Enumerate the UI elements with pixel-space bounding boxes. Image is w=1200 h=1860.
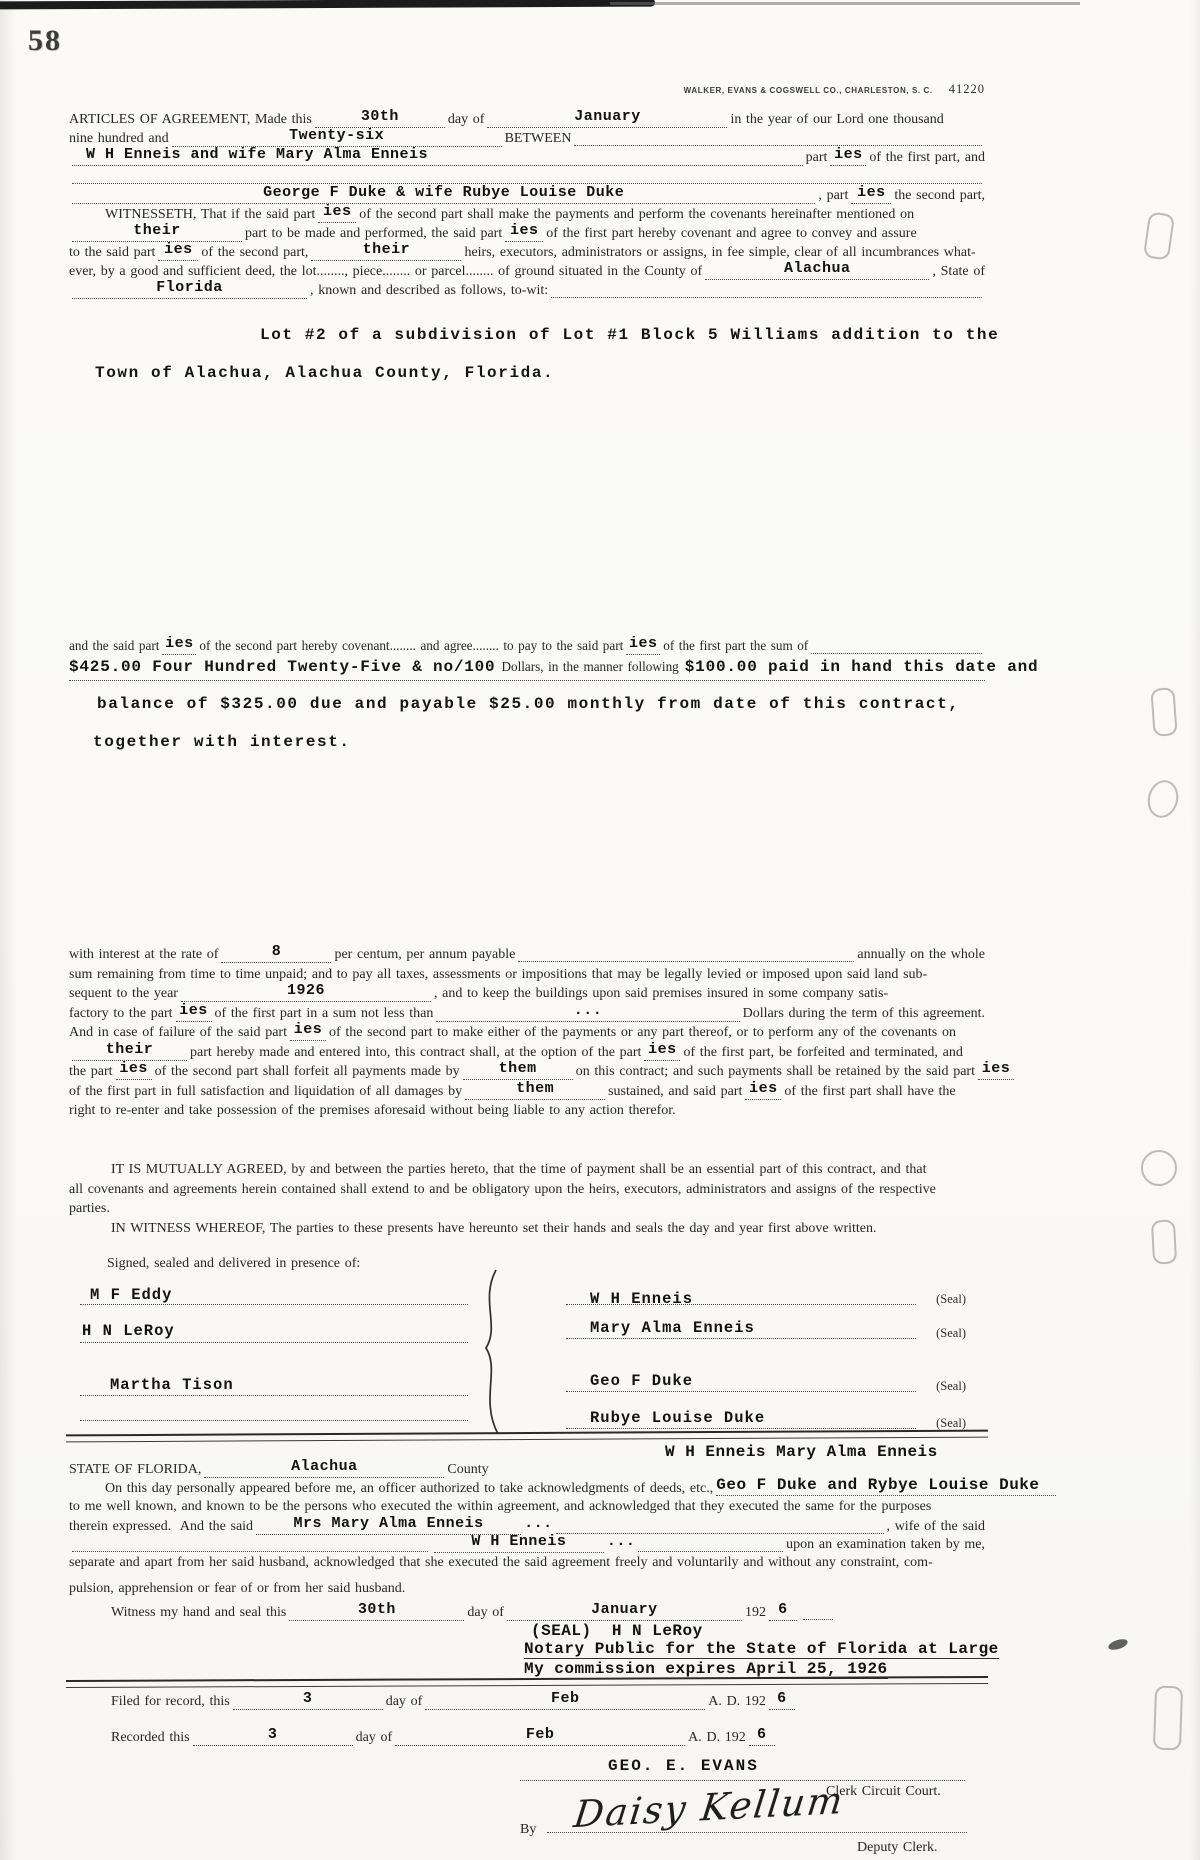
- printed-text: factory to the part: [69, 1006, 173, 1022]
- printed-text: therein expressed. And the said: [69, 1519, 253, 1535]
- printed-text: on this contract; and such payments shal…: [576, 1064, 975, 1080]
- typed-their: their: [133, 224, 181, 238]
- signer-name: Mary Alma Enneis: [590, 1319, 755, 1337]
- acknowledgment-line-5: separate and apart from her said husband…: [69, 1555, 985, 1574]
- printed-text: of the first part shall have the: [784, 1084, 955, 1100]
- typed-year-digit: 6: [778, 1603, 788, 1617]
- printed-text: And in case of failure of the said part: [69, 1025, 287, 1041]
- signed-sealed-heading: Signed, sealed and delivered in presence…: [107, 1256, 360, 1272]
- printed-text: of the first part hereby covenant and ag…: [546, 226, 916, 242]
- seal-label: (Seal): [936, 1379, 966, 1394]
- typed-dots: ...: [524, 1515, 553, 1532]
- typed-day: 3: [303, 1692, 313, 1706]
- second-party-blank: George F Duke & wife Rubye Louise Duke: [72, 188, 815, 204]
- printed-text: part hereby made and entered into, this …: [190, 1045, 641, 1061]
- typed-amount: $425.00 Four Hundred Twenty-Five & no/10…: [69, 658, 495, 676]
- page-number: 58: [28, 24, 62, 58]
- ies-blank: ies: [978, 1064, 1014, 1080]
- typed-them: them: [516, 1082, 554, 1096]
- punch-slot-mark: [1151, 1219, 1177, 1264]
- intro-line-7: their part to be made and performed, the…: [69, 226, 985, 245]
- state-blank: Florida: [72, 283, 307, 299]
- deputy-clerk-title: Deputy Clerk.: [857, 1840, 938, 1856]
- printed-text: 192: [745, 1605, 766, 1621]
- blank-rule: [803, 1605, 833, 1620]
- printed-text: day of: [356, 1730, 393, 1746]
- typed-dots: ...: [574, 1004, 603, 1018]
- month-blank: Feb: [395, 1730, 685, 1746]
- filing-block: Filed for record, this 3 day of Feb A. D…: [69, 1690, 985, 1748]
- printed-text: of the second part,: [201, 245, 308, 261]
- printer-number: 41220: [949, 82, 985, 96]
- typed-second-party: George F Duke & wife Rubye Louise Duke: [263, 186, 624, 200]
- property-description: Lot #2 of a subdivision of Lot #1 Block …: [69, 326, 985, 382]
- year-digit-blank: 6: [769, 1605, 797, 1621]
- typed-their: their: [363, 243, 411, 257]
- ies-blank: ies: [830, 150, 866, 166]
- signer-row: Mary Alma Enneis (Seal): [566, 1316, 966, 1339]
- blank-rule: [72, 1537, 428, 1552]
- typed-description-line: Town of Alachua, Alachua County, Florida…: [69, 364, 985, 382]
- their-blank: their: [311, 245, 461, 261]
- typed-wife-name: Mrs Mary Alma Enneis: [294, 1517, 484, 1531]
- typed-ies: ies: [834, 148, 863, 162]
- blank-rule: [551, 283, 982, 298]
- typed-ies: ies: [164, 243, 193, 257]
- printer-mark: WALKER, EVANS & COGSWELL CO., CHARLESTON…: [684, 86, 933, 95]
- typed-names-header: W H Enneis Mary Alma Enneis: [665, 1443, 938, 1461]
- printed-text: of the second part shall forfeit all pay…: [155, 1064, 460, 1080]
- section-divider-rule: [66, 1676, 988, 1688]
- typed-month: Feb: [526, 1728, 555, 1742]
- ies-blank: ies: [505, 226, 543, 242]
- printed-text: day of: [386, 1694, 423, 1710]
- blank-rule: [556, 1519, 884, 1534]
- signature-line: [566, 1338, 916, 1339]
- signer-name: Geo F Duke: [590, 1372, 693, 1390]
- printed-text: ever, by a good and sufficient deed, the…: [69, 264, 702, 280]
- payment-line-2: $425.00 Four Hundred Twenty-Five & no/10…: [69, 658, 985, 681]
- printed-text: heirs, executors, administrators or assi…: [464, 245, 975, 261]
- typed-notary-seal-line: (SEAL) H N LeRoy: [531, 1622, 703, 1640]
- printed-text: County: [447, 1462, 488, 1478]
- intro-line-10: Florida , known and described as follows…: [69, 283, 985, 302]
- witness-line: [80, 1342, 468, 1343]
- printed-text: of the second part hereby covenant......…: [199, 638, 623, 654]
- printed-text: Dollars, in the manner following: [495, 659, 684, 675]
- typed-ies: ies: [179, 1004, 208, 1018]
- typed-notary-title: Notary Public for the State of Florida a…: [524, 1640, 999, 1659]
- typed-balance-line: balance of $325.00 due and payable $25.0…: [69, 695, 985, 713]
- signer-row: Geo F Duke (Seal): [566, 1369, 966, 1392]
- printed-text: day of: [448, 112, 485, 128]
- typed-ies: ies: [857, 186, 886, 200]
- by-label: By: [520, 1822, 536, 1838]
- ies-blank: ies: [745, 1084, 781, 1100]
- typed-county: Alachua: [784, 262, 851, 276]
- them-blank: them: [465, 1084, 605, 1100]
- printed-text: , State of: [932, 264, 985, 280]
- typed-year: Twenty-six: [289, 129, 384, 143]
- typed-ies: ies: [294, 1023, 323, 1037]
- printed-text: of the first part in a sum not less than: [215, 1006, 434, 1022]
- printed-text: to the said part: [69, 245, 155, 261]
- ies-blank: ies: [290, 1025, 326, 1041]
- intro-line-1: ARTICLES OF AGREEMENT, Made this 30th da…: [69, 112, 985, 131]
- mutual-agreement: IT IS MUTUALLY AGREED, by and between th…: [69, 1162, 985, 1240]
- acknowledgment-line-6: pulsion, apprehension or fear of or from…: [69, 1581, 985, 1600]
- husband-name-blank: W H Enneis: [434, 1537, 604, 1553]
- typed-county: Alachua: [291, 1460, 358, 1474]
- county-blank: Alachua: [705, 264, 929, 280]
- clerk-signature-line: [520, 1766, 965, 1781]
- punch-slot-mark: [1143, 211, 1175, 260]
- acknowledgment-line-1: On this day personally appeared before m…: [69, 1481, 985, 1500]
- witness-name: Martha Tison: [110, 1376, 234, 1394]
- year-blank: Twenty-six: [172, 131, 502, 147]
- witness-seal-line: Witness my hand and seal this 30th day o…: [69, 1605, 985, 1623]
- filed-line: Filed for record, this 3 day of Feb A. D…: [69, 1694, 985, 1712]
- typed-month: January: [574, 110, 641, 124]
- printed-text: per centum, per annum payable: [334, 947, 515, 963]
- printed-text: the second part,: [894, 188, 985, 204]
- ies-blank: ies: [158, 245, 198, 261]
- typed-day: 30th: [361, 110, 399, 124]
- printed-text: with interest at the rate of: [69, 947, 218, 963]
- ies-blank: ies: [318, 207, 356, 223]
- ies-blank: ies: [176, 1006, 212, 1022]
- witness-name: M F Eddy: [90, 1286, 172, 1304]
- blank-rule: [518, 947, 854, 962]
- typed-day: 3: [268, 1728, 278, 1742]
- signer-row: W H Enneis (Seal): [566, 1282, 966, 1305]
- ring-mark: [1144, 777, 1182, 821]
- ring-mark: [1141, 1150, 1177, 1186]
- witness-whereof-line: IN WITNESS WHEREOF, The parties to these…: [69, 1221, 985, 1241]
- day-blank: 30th: [315, 112, 445, 128]
- printed-text: On this day personally appeared before m…: [69, 1481, 713, 1497]
- printed-text: A. D. 192: [708, 1694, 766, 1710]
- printed-text: , wife of the said: [887, 1519, 986, 1535]
- signature-line: [566, 1391, 916, 1392]
- typed-state: Florida: [156, 281, 223, 295]
- printed-text: of the first part, and: [869, 150, 985, 166]
- printed-text: sustained, and said part: [608, 1084, 742, 1100]
- printed-text: part to be made and performed, the said …: [245, 226, 502, 242]
- signer-row: Rubye Louise Duke (Seal): [566, 1406, 966, 1429]
- terms-line-2: sum remaining from time to time unpaid; …: [69, 967, 985, 987]
- their-blank: their: [72, 1045, 187, 1061]
- printed-text: STATE OF FLORIDA,: [69, 1462, 201, 1478]
- printed-text: day of: [467, 1605, 504, 1621]
- seal-label: (Seal): [936, 1326, 966, 1341]
- printed-text: of the first part in full satisfaction a…: [69, 1084, 462, 1100]
- ies-blank: ies: [644, 1045, 680, 1061]
- printed-text: , and to keep the buildings upon said pr…: [434, 986, 888, 1002]
- typed-them: them: [499, 1062, 537, 1076]
- typed-their: their: [106, 1043, 154, 1057]
- signer-name: W H Enneis: [590, 1290, 693, 1308]
- typed-description-line: Lot #2 of a subdivision of Lot #1 Block …: [69, 326, 985, 344]
- printed-text: in the year of our Lord one thousand: [730, 112, 943, 128]
- typed-husband-name: W H Enneis: [471, 1535, 566, 1549]
- day-blank: 3: [193, 1730, 353, 1746]
- witness-line: [80, 1395, 468, 1396]
- month-blank: Feb: [425, 1694, 705, 1710]
- typed-rate: 8: [272, 945, 282, 959]
- terms-line-5: And in case of failure of the said part …: [69, 1025, 985, 1045]
- printed-text: of the second part shall make the paymen…: [359, 207, 914, 223]
- county-blank: Alachua: [204, 1462, 444, 1478]
- terms-line-9: right to re-enter and take possession of…: [69, 1103, 985, 1123]
- scanned-deed-page: 58 WALKER, EVANS & COGSWELL CO., CHARLES…: [0, 0, 1200, 1860]
- printed-text: of the first part, be forfeited and term…: [683, 1045, 962, 1061]
- typed-year: 1926: [287, 984, 325, 998]
- printer-imprint: WALKER, EVANS & COGSWELL CO., CHARLESTON…: [69, 80, 985, 98]
- them-blank: them: [463, 1064, 573, 1080]
- mutual-line-3: parties.: [69, 1201, 985, 1221]
- printed-text: sequent to the year: [69, 986, 178, 1002]
- typed-cash-terms: $100.00 paid in hand this date and: [685, 658, 1039, 676]
- day-blank: 30th: [289, 1605, 464, 1621]
- typed-ies: ies: [648, 1043, 677, 1057]
- ies-blank: ies: [162, 639, 196, 655]
- scan-edge-band: [0, 0, 655, 9]
- year-digit-blank: 6: [749, 1730, 775, 1746]
- terms-paragraph: with interest at the rate of 8 per centu…: [69, 947, 985, 1123]
- typed-interest-line: together with interest.: [69, 733, 985, 751]
- printed-text: part: [806, 150, 828, 166]
- signer-name: Rubye Louise Duke: [590, 1409, 765, 1427]
- typed-year-digit: 6: [757, 1728, 767, 1742]
- printed-text: nine hundred and: [69, 131, 169, 147]
- signature-line: [566, 1428, 916, 1429]
- typed-year-digit: 6: [777, 1692, 787, 1706]
- printed-text: and the said part: [69, 638, 159, 654]
- month-blank: January: [507, 1605, 742, 1621]
- witness-line: [80, 1304, 468, 1305]
- ies-blank: ies: [626, 639, 660, 655]
- rate-blank: 8: [221, 947, 331, 963]
- ies-blank: ies: [116, 1064, 152, 1080]
- intro-line-5: George F Duke & wife Rubye Louise Duke ,…: [69, 188, 985, 207]
- ies-blank: ies: [851, 188, 891, 204]
- blank-rule: [72, 169, 982, 184]
- printed-text: , known and described as follows, to-wit…: [310, 283, 548, 299]
- terms-line-8: of the first part in full satisfaction a…: [69, 1084, 985, 1104]
- acknowledgment-line-4: W H Enneis ... upon an examination taken…: [69, 1536, 985, 1555]
- blank-rule: [574, 131, 982, 146]
- printed-text: annually on the whole: [857, 947, 985, 963]
- typed-dots: ...: [607, 1533, 636, 1550]
- witness-name: H N LeRoy: [82, 1322, 175, 1340]
- terms-line-1: with interest at the rate of 8 per centu…: [69, 947, 985, 967]
- printed-text: , part: [818, 188, 848, 204]
- agreement-intro: ARTICLES OF AGREEMENT, Made this 30th da…: [69, 112, 985, 302]
- day-blank: 3: [233, 1694, 383, 1710]
- printed-text: Dollars during the term of this agreemen…: [743, 1006, 985, 1022]
- typed-appearers: Geo F Duke and Rybye Louise Duke: [716, 1478, 1039, 1492]
- printed-text: of the second part to make either of the…: [329, 1025, 956, 1041]
- typed-ies: ies: [982, 1062, 1011, 1076]
- their-blank: their: [72, 226, 242, 242]
- punch-slot-mark: [1150, 687, 1177, 737]
- recorded-line: Recorded this 3 day of Feb A. D. 192 6: [69, 1730, 985, 1748]
- notary-signature-block: Witness my hand and seal this 30th day o…: [69, 1605, 985, 1623]
- typed-ies: ies: [629, 637, 658, 651]
- typed-month: January: [591, 1603, 658, 1617]
- sum-blank: ...: [436, 1006, 739, 1022]
- seal-label: (Seal): [936, 1292, 966, 1307]
- typed-ies: ies: [119, 1062, 148, 1076]
- typed-ies: ies: [323, 205, 352, 219]
- payment-line-1: and the said part ies of the second part…: [69, 638, 985, 656]
- printed-text: WITNESSETH, That if the said part: [69, 207, 315, 223]
- appearers-blank: Geo F Duke and Rybye Louise Duke: [716, 1481, 1056, 1496]
- signature-block: M F Eddy H N LeRoy Martha Tison W H Enne…: [80, 1282, 966, 1434]
- printed-text: upon an examination taken by me,: [786, 1537, 985, 1553]
- typed-month: Feb: [551, 1692, 580, 1706]
- printed-text: ARTICLES OF AGREEMENT, Made this: [69, 112, 312, 128]
- first-party-blank: W H Enneis and wife Mary Alma Enneis: [72, 150, 803, 166]
- printed-text: A. D. 192: [688, 1730, 746, 1746]
- year-digit-blank: 6: [769, 1694, 795, 1710]
- punch-slot-mark: [1153, 1686, 1183, 1751]
- brace-mark: [472, 1268, 506, 1436]
- witness-line: [80, 1420, 468, 1421]
- notary-section: W H Enneis Mary Alma Enneis STATE OF FLO…: [69, 1446, 985, 1600]
- blank-rule: [811, 639, 982, 654]
- printed-text: Filed for record, this: [69, 1694, 230, 1710]
- typed-ies: ies: [165, 637, 194, 651]
- month-blank: January: [487, 112, 727, 128]
- typed-day: 30th: [358, 1603, 396, 1617]
- printed-text: Recorded this: [69, 1730, 190, 1746]
- printed-text: of the first part the sum of: [663, 638, 808, 654]
- mutual-line-2: all covenants and agreements herein cont…: [69, 1182, 985, 1202]
- printed-text: BETWEEN: [505, 131, 572, 147]
- terms-line-4: factory to the part ies of the first par…: [69, 1006, 985, 1026]
- printed-text: the part: [69, 1064, 113, 1080]
- typed-ies: ies: [749, 1082, 778, 1096]
- typed-ies: ies: [510, 224, 539, 238]
- by-signature-line: [547, 1818, 967, 1833]
- blank-rule: [638, 1537, 783, 1552]
- printed-text: Witness my hand and seal this: [69, 1605, 286, 1621]
- mutual-line-1: IT IS MUTUALLY AGREED, by and between th…: [69, 1162, 985, 1182]
- typed-first-party: W H Enneis and wife Mary Alma Enneis: [72, 148, 428, 162]
- ink-smudge: [1107, 1637, 1129, 1652]
- payment-clause: and the said part ies of the second part…: [69, 638, 985, 751]
- scan-edge-band-light: [610, 2, 1080, 5]
- year-blank: 1926: [181, 986, 431, 1002]
